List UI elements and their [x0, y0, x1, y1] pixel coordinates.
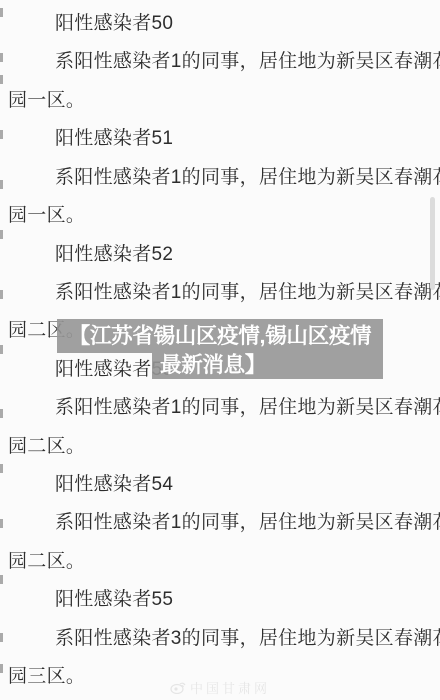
text-line: 阳性感染者52 — [55, 244, 173, 266]
text-line: 园一区。 — [8, 205, 85, 227]
text-line: 园一区。 — [8, 90, 85, 112]
text-line: 系阳性感染者1的同事，居住地为新吴区春潮花 — [55, 282, 440, 304]
caption-overlay-line1: 【江苏省锡山区疫情,锡山区疫情 — [57, 319, 383, 353]
watermark-text: 中国甘肃网 — [190, 678, 270, 697]
text-line: 系阳性感染者3的同事，居住地为新吴区春潮花 — [55, 628, 440, 650]
weibo-logo-icon — [170, 680, 186, 694]
cropped-character-fragment — [0, 53, 3, 62]
cropped-character-fragment — [0, 664, 3, 673]
cropped-character-fragment — [0, 8, 3, 17]
cropped-character-fragment — [0, 290, 3, 299]
cropped-character-fragment — [0, 633, 3, 642]
text-line: 阳性感染者54 — [55, 474, 173, 496]
cropped-character-fragment — [0, 575, 3, 584]
text-line: 系阳性感染者1的同事，居住地为新吴区春潮花 — [55, 397, 440, 419]
cropped-character-fragment — [0, 130, 3, 139]
cropped-character-fragment — [0, 75, 3, 84]
text-line: 园二区。 — [8, 436, 85, 458]
cropped-character-fragment — [0, 464, 3, 473]
cropped-character-fragment — [0, 409, 3, 418]
cropped-character-fragment — [0, 345, 3, 354]
cropped-character-fragment — [0, 180, 3, 189]
text-line: 系阳性感染者1的同事，居住地为新吴区春潮花 — [55, 512, 440, 534]
text-line: 阳性感染者50 — [55, 13, 173, 35]
text-line: 系阳性感染者1的同事，居住地为新吴区春潮花 — [55, 51, 440, 73]
text-line: 阳性感染者55 — [55, 589, 173, 611]
cropped-character-fragment — [0, 519, 3, 528]
text-line: 园二区。 — [8, 551, 85, 573]
watermark: 中国甘肃网 — [0, 677, 440, 697]
caption-overlay-line2: 最新消息】 — [152, 353, 383, 379]
scrollbar-thumb[interactable] — [430, 197, 435, 290]
cropped-character-fragment — [0, 230, 3, 239]
text-line: 系阳性感染者1的同事，居住地为新吴区春潮花 — [55, 167, 440, 189]
text-line: 阳性感染者51 — [55, 128, 173, 150]
